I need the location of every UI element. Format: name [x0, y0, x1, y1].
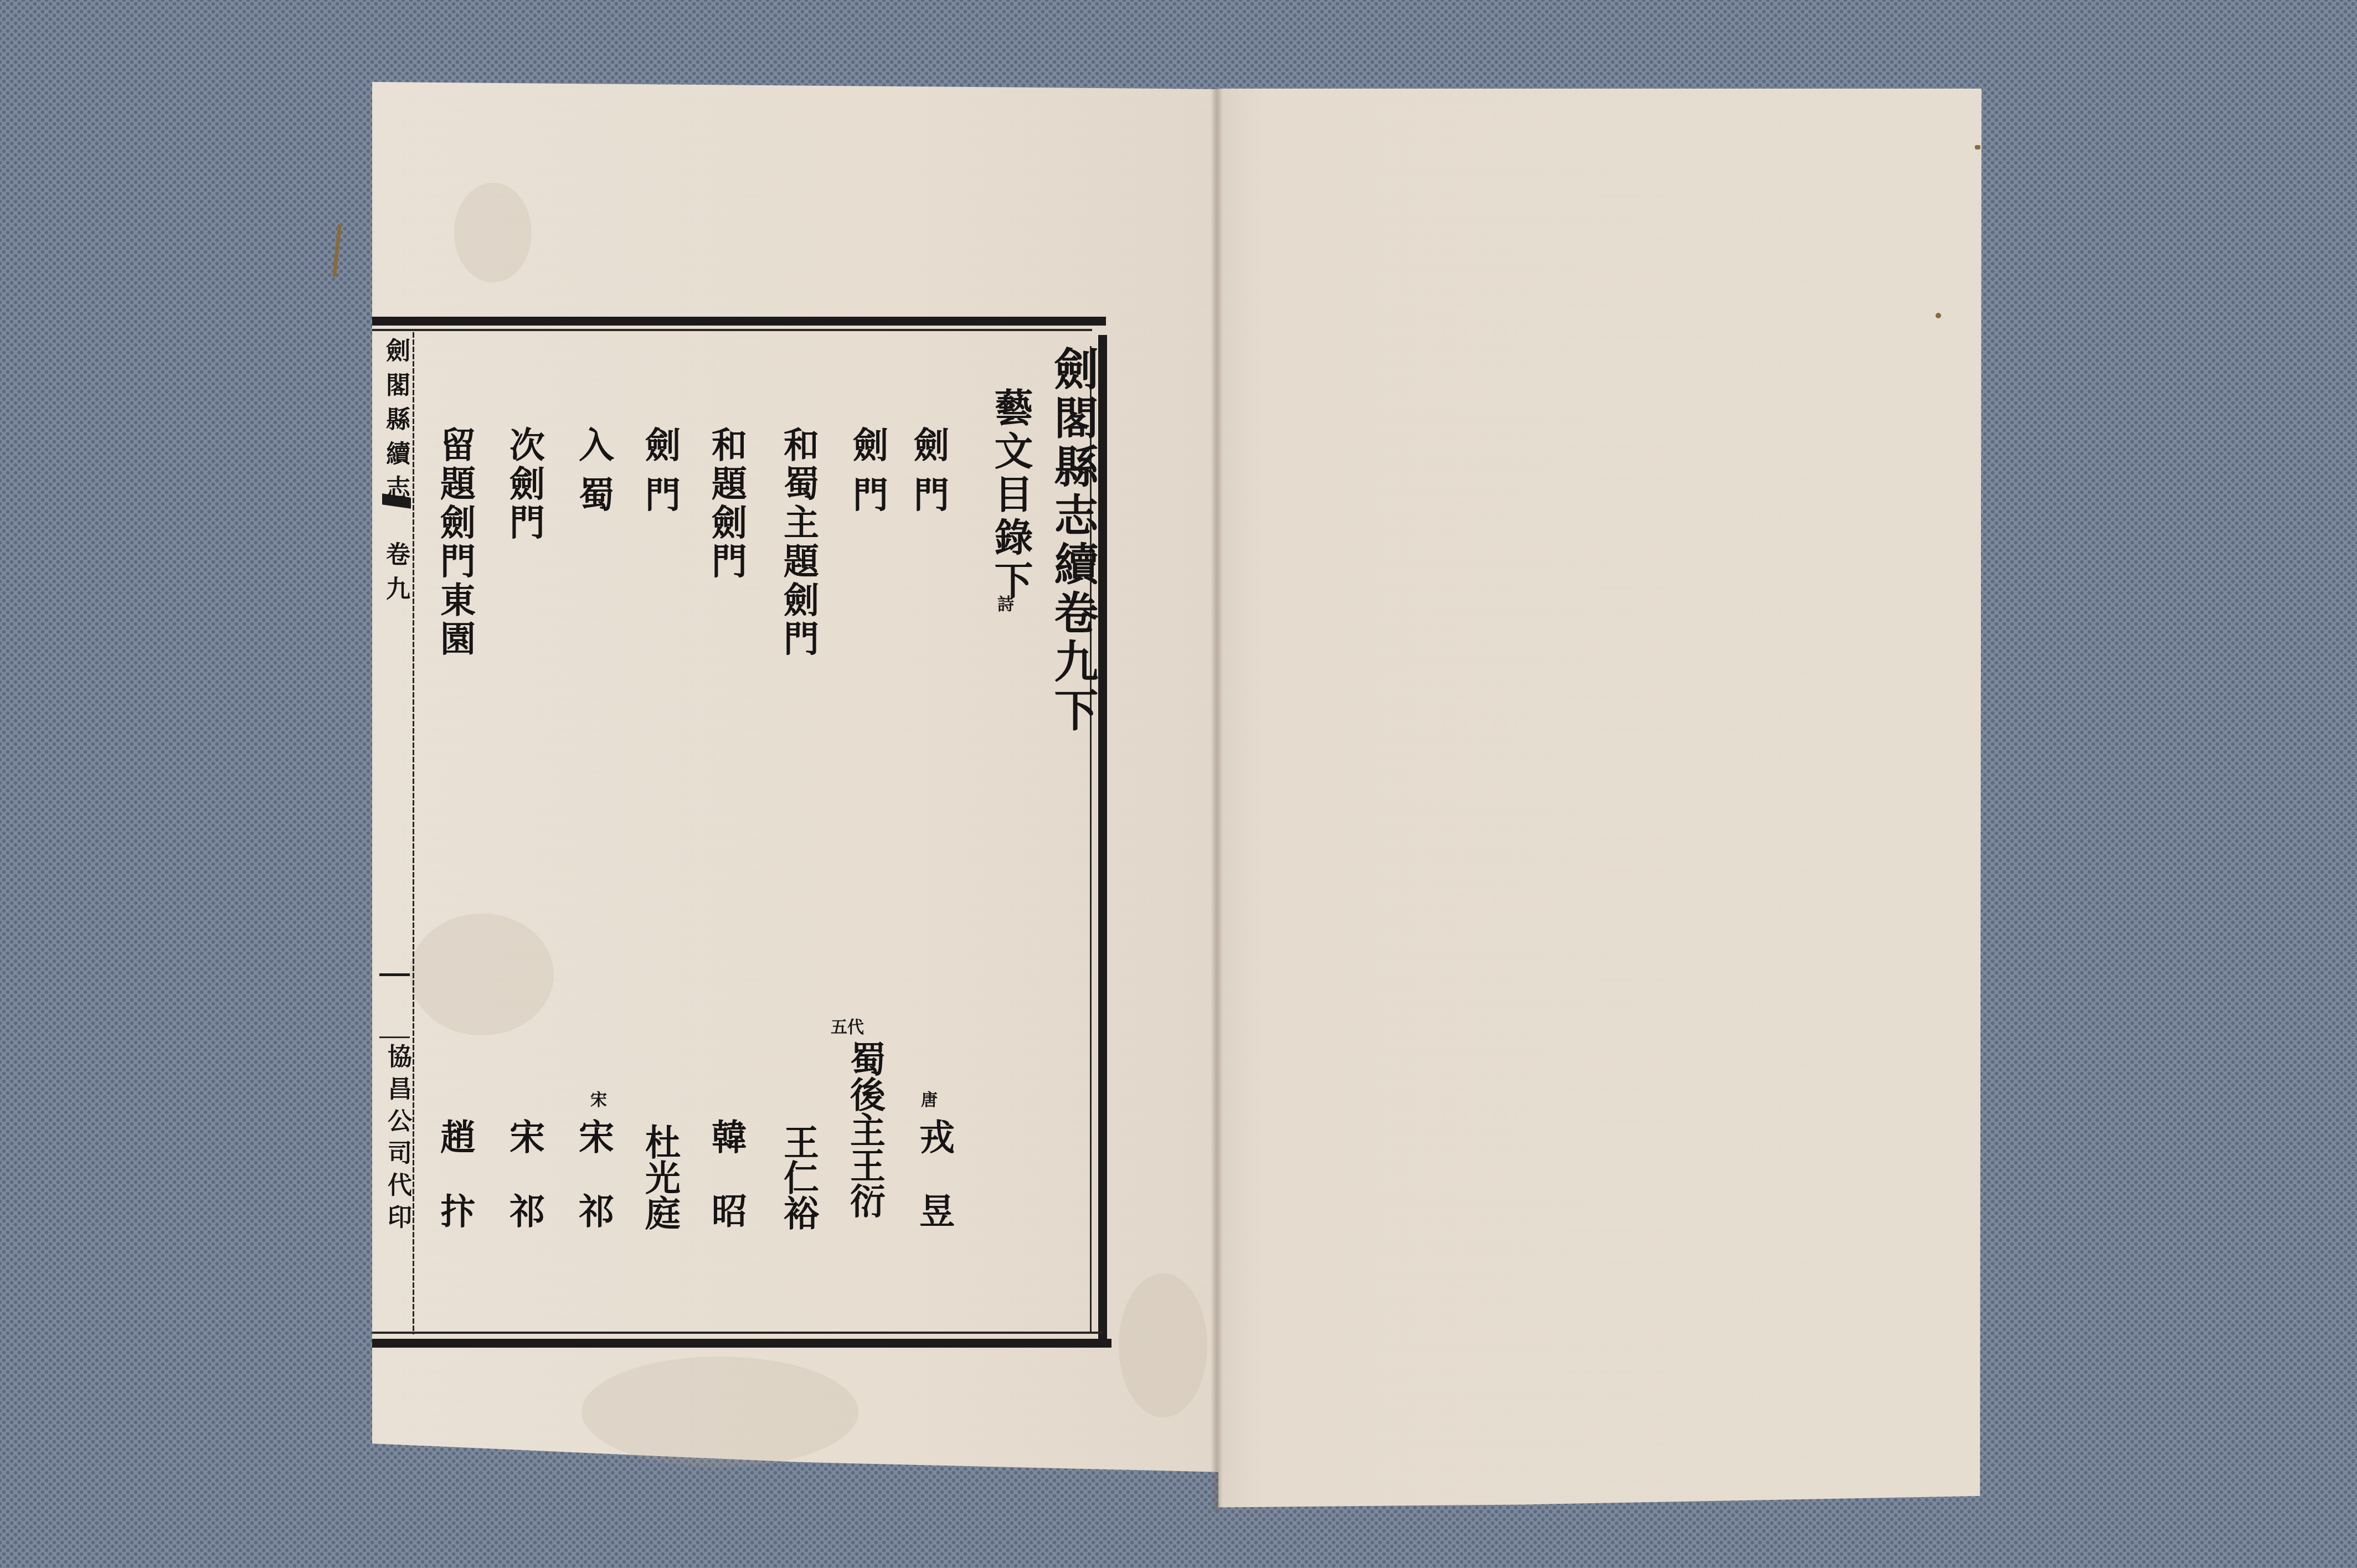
spine-fold — [1211, 89, 1223, 1512]
paper-blemish — [1975, 145, 1980, 149]
frame-bottom-inner-rule — [372, 1332, 1103, 1334]
paper-blemish — [1936, 313, 1941, 318]
entry-author: 戎昱 — [908, 1118, 959, 1267]
entry-title: 留題劍門東園 — [429, 426, 480, 659]
left-page — [372, 82, 1219, 1508]
frame-top-inner-rule — [372, 329, 1092, 331]
frame-bottom-border — [372, 1339, 1111, 1348]
entry-title: 和題劍門 — [701, 426, 752, 581]
entry-dynasty: 宋 — [584, 1091, 609, 1110]
entry-author: 王仁裕 — [773, 1124, 824, 1230]
entry-title: 劍門 — [842, 426, 893, 526]
banxin-rule — [379, 973, 410, 976]
entry-author: 宋祁 — [568, 1118, 619, 1267]
entry-title: 劍門 — [903, 426, 954, 526]
water-stain — [1119, 1273, 1207, 1417]
water-stain — [410, 914, 554, 1035]
banxin-publisher: 協昌公司代印 — [379, 1044, 415, 1236]
right-page-blank — [1218, 89, 1982, 1516]
section-subnote: 詩 — [991, 595, 1016, 612]
entry-author: 韓昭 — [701, 1118, 752, 1267]
frame-top-border — [372, 317, 1106, 326]
entry-title: 次劍門 — [498, 426, 549, 543]
water-stain — [454, 183, 532, 282]
entry-title: 劍門 — [634, 426, 685, 526]
entry-title: 和蜀主題劍門 — [773, 426, 824, 659]
entry-author: 蜀後主王衍 — [839, 1041, 890, 1218]
loose-thread — [332, 224, 342, 277]
entry-dynasty: 唐 — [915, 1091, 939, 1110]
banxin-rule — [379, 1036, 410, 1038]
entry-author: 杜光庭 — [634, 1124, 685, 1230]
section-heading: 藝文目錄下 — [983, 388, 1039, 604]
banxin-volume: 卷九 — [378, 541, 413, 610]
entry-author: 宋祁 — [498, 1118, 549, 1267]
entry-author: 趙抃 — [429, 1118, 480, 1267]
water-stain — [581, 1356, 858, 1467]
entry-dynasty: 五代 — [831, 1013, 864, 1038]
banxin-book-title: 劍閣縣續志 — [378, 338, 413, 509]
book-volume-title: 劍閣縣志續卷九下 — [1041, 346, 1105, 736]
entry-title: 入蜀 — [568, 426, 619, 526]
